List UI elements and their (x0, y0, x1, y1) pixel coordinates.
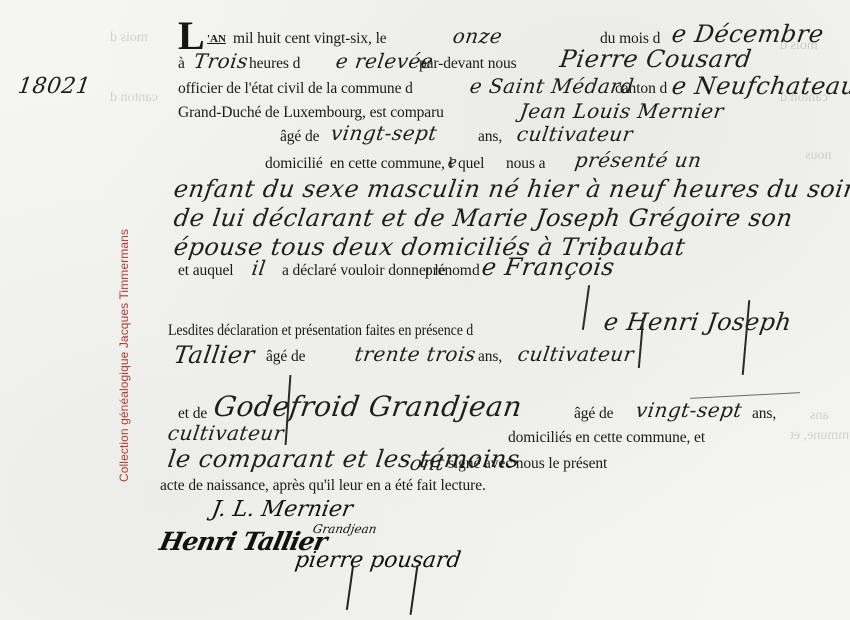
handwritten-occupation: cultivateur (166, 421, 285, 445)
printed-text: à (178, 55, 185, 73)
handwritten-day: onze (451, 24, 504, 48)
handwritten-occupation: cultivateur (515, 122, 634, 146)
register-number: 18021 (16, 74, 92, 99)
bleed-through-text: nous (805, 148, 831, 164)
printed-text: nous a (506, 155, 545, 173)
printed-text: d (472, 262, 480, 280)
handwritten-age: trente trois (353, 342, 477, 366)
printed-text: par-devant nous (419, 55, 517, 73)
printed-text: ans, (478, 128, 502, 146)
printed-text: mil huit cent vingt-six, le (233, 30, 387, 48)
ink-line (690, 392, 800, 399)
printed-text: Lesdites déclaration et présentation fai… (168, 322, 473, 340)
signature-witness2: Grandjean (312, 522, 378, 536)
printed-text: canton d (615, 80, 667, 98)
printed-text: et auquel (178, 262, 233, 280)
printed-text: âgé de (574, 405, 613, 423)
printed-text: ans, (478, 348, 502, 366)
handwritten-text: il (250, 256, 267, 280)
printed-text: Grand-Duché de Luxembourg, est comparu (178, 104, 444, 122)
handwritten-text: ont (408, 451, 446, 475)
handwritten-body-line: enfant du sexe masculin né hier à neuf h… (172, 175, 850, 203)
bleed-through-text: commune, et (790, 428, 850, 444)
printed-text: acte de naissance, après qu'il leur en a… (160, 477, 486, 495)
printed-text: domicilié (265, 155, 323, 173)
printed-text: officier de l'état civil de la commune d (178, 80, 413, 98)
printed-text: âgé de (280, 128, 319, 146)
bleed-through-text: mois d (110, 30, 148, 46)
bleed-through-text: ans (810, 408, 829, 424)
signature-officer: pierre pousard (293, 548, 462, 573)
handwritten-body-line: de lui déclarant et de Marie Joseph Grég… (172, 204, 795, 232)
handwritten-age: vingt-sept (634, 398, 743, 422)
printed-text: 'AN (207, 33, 226, 45)
handwritten-age: vingt-sept (329, 121, 438, 145)
handwritten-hour: Trois (192, 49, 249, 73)
handwritten-month: e Décembre (670, 20, 826, 48)
scanned-birth-record: mois d canton d mois d canton d nous ans… (0, 0, 850, 620)
handwritten-occupation: cultivateur (516, 342, 635, 366)
bleed-through-text: canton d (110, 90, 158, 106)
printed-text: a déclaré vouloir donner le (282, 262, 445, 280)
handwritten-witness1-name: e Henri Joseph (602, 308, 794, 336)
handwritten-text: e (447, 153, 459, 171)
printed-text: domiciliés en cette commune, et (508, 429, 705, 447)
printed-text: âgé de (266, 348, 305, 366)
ink-flourish (582, 285, 590, 330)
handwritten-declarant-name: Jean Louis Mernier (518, 99, 725, 123)
handwritten-witness1-surname: Tallier (172, 341, 257, 369)
handwritten-commune: e Saint Médard (468, 74, 635, 98)
handwritten-presented: présenté un (573, 148, 703, 172)
collection-watermark: Collection généalogique Jacques Timmerma… (117, 229, 131, 482)
printed-text: heures d (249, 55, 300, 73)
printed-text: quel (458, 155, 484, 173)
printed-text: ans, (752, 405, 776, 423)
handwritten-witness2-name: Godefroid Grandjean (212, 390, 525, 423)
printed-text: prénom (425, 262, 472, 280)
signature-declarant: J. L. Mernier (210, 497, 355, 522)
printed-text: en cette commune, l (330, 155, 453, 173)
handwritten-given-name: e François (480, 253, 617, 281)
handwritten-officer-name: Pierre Cousard (558, 45, 753, 73)
handwritten-canton: e Neufchateau (670, 72, 850, 100)
printed-text: signé avec nous le présent (448, 455, 607, 473)
